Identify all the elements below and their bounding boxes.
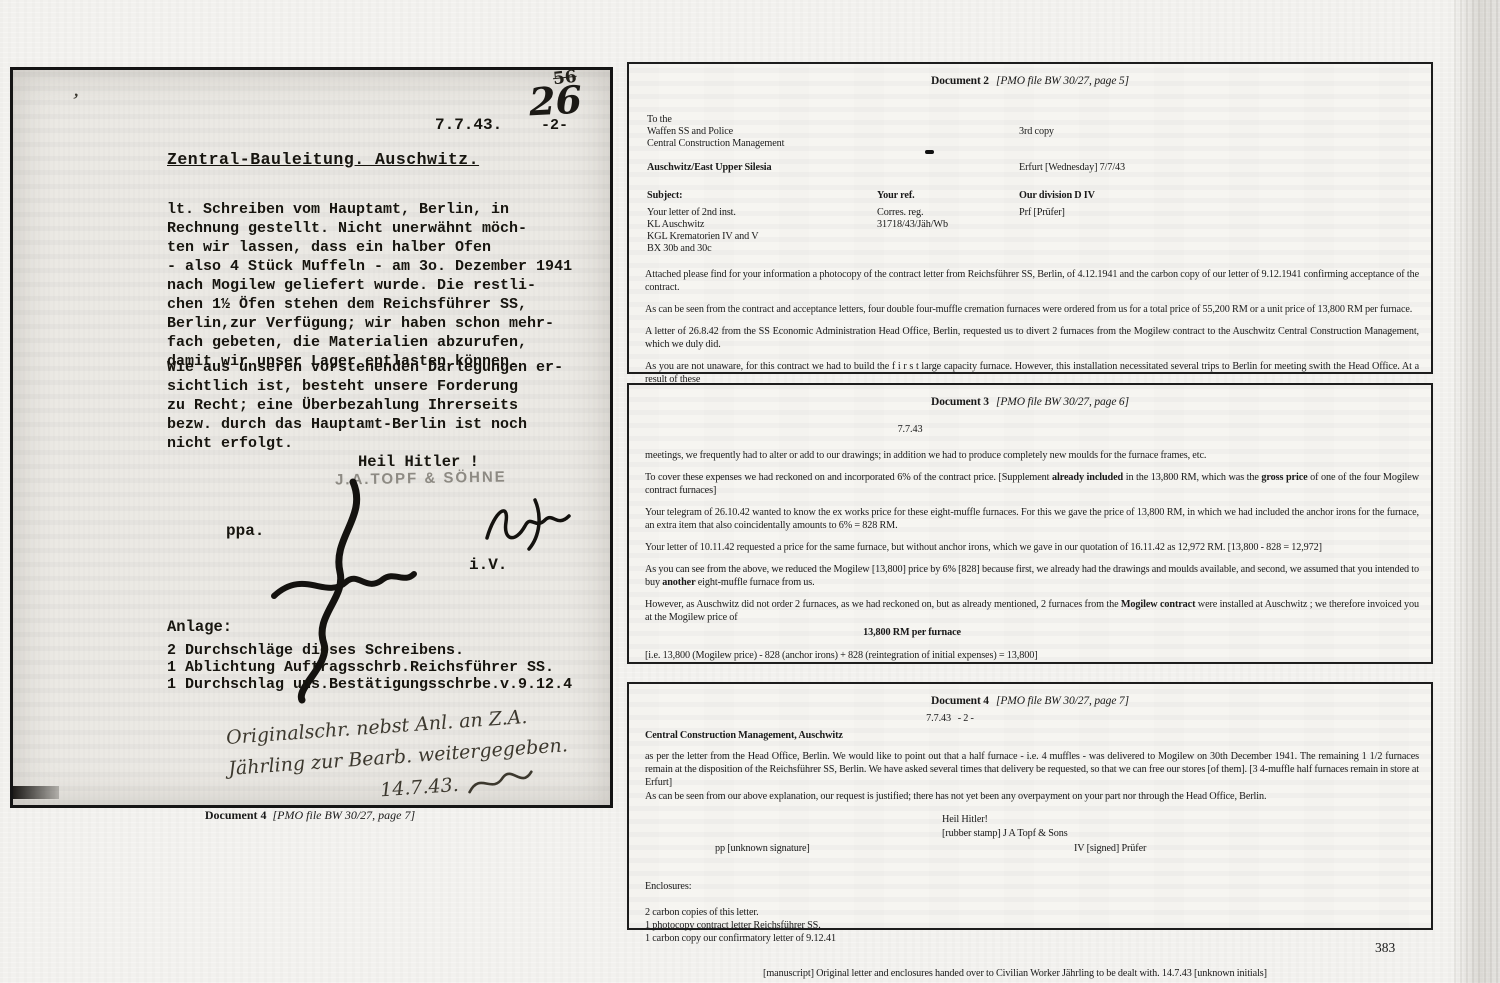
addr-line-3: Central Construction Management	[647, 137, 784, 150]
anlage-label: Anlage:	[167, 618, 232, 636]
typed-page-number: -2-	[541, 117, 568, 134]
doc4-enclosures: Enclosures: 2 carbon copies of this lett…	[645, 867, 1431, 958]
doc3-paragraph-6: However, as Auschwitz did not order 2 fu…	[645, 598, 1419, 624]
german-paragraph-2: Wie aus unseren vorstehenden Darlegungen…	[167, 358, 612, 453]
subject-label: Subject:	[647, 189, 682, 202]
photo-caption: Document 4[PMO file BW 30/27, page 7]	[10, 808, 610, 823]
book-page: ʼ 56 26 7.7.43. -2- Zentral-Bauleitung. …	[0, 0, 1500, 983]
doc4-signature-row: pp [unknown signature] IV [signed] Prüfe…	[629, 842, 1431, 858]
document-3-cite: [PMO file BW 30/27, page 6]	[996, 396, 1129, 408]
enclosures-list: 2 carbon copies of this letter. 1 photoc…	[645, 906, 1431, 945]
division-value: Prf [Prüfer]	[1019, 206, 1065, 219]
document-3-body: meetings, we frequently had to alter or …	[629, 449, 1431, 662]
doc3-price-line: 13,800 RM per furnace	[525, 626, 1299, 639]
manuscript-note: Originalschr. nebst Anl. an Z.A. Jährlin…	[225, 697, 601, 817]
document-4-cite: [PMO file BW 30/27, page 7]	[996, 695, 1129, 707]
doc4-salute-block: Heil Hitler! [rubber stamp] J A Topf & S…	[942, 813, 1431, 841]
doc2-paragraph-1: Attached please find for your informatio…	[645, 268, 1419, 294]
doc4-pp-line: pp [unknown signature]	[715, 842, 810, 855]
document-2-title: Document 2[PMO file BW 30/27, page 5]	[629, 64, 1431, 88]
doc3-date: 7.7.43	[509, 423, 1311, 436]
doc4-rubber-stamp-line: [rubber stamp] J A Topf & Sons	[942, 827, 1431, 841]
caption-label: Document 4	[205, 808, 267, 822]
doc3-paragraph-5: As you can see from the above, we reduce…	[645, 563, 1419, 589]
doc3-paragraph-2: To cover these expenses we had reckoned …	[645, 471, 1419, 497]
document-4-box: Document 4[PMO file BW 30/27, page 7] 7.…	[627, 682, 1433, 930]
doc3-paragraph-4: Your letter of 10.11.42 requested a pric…	[645, 541, 1419, 554]
page-number: 383	[1375, 940, 1395, 956]
doc3-paragraph-1: meetings, we frequently had to alter or …	[645, 449, 1419, 462]
letter-heading: Zentral-Bauleitung. Auschwitz.	[167, 150, 479, 169]
manuscript-initials-squiggle	[464, 764, 536, 799]
ppa-label: ppa.	[226, 522, 264, 540]
copy-number: 3rd copy	[1019, 125, 1054, 138]
doc4-heading: Central Construction Management, Auschwi…	[645, 729, 1431, 742]
document-2-cite: [PMO file BW 30/27, page 5]	[996, 75, 1129, 87]
doc3-paragraph-3: Your telegram of 26.10.42 wanted to know…	[645, 506, 1419, 532]
addr-bold-line: Auschwitz/East Upper Silesia	[647, 161, 772, 174]
doc4-heil-hitler: Heil Hitler!	[942, 813, 1431, 827]
stray-ink-mark: ʼ	[68, 87, 81, 114]
german-paragraph-1: lt. Schreiben vom Hauptamt, Berlin, in R…	[167, 200, 612, 371]
doc3-calc-line: [i.e. 13,800 (Mogilew price) - 828 (anch…	[645, 649, 1419, 662]
document-3-label: Document 3	[931, 396, 989, 408]
doc2-paragraph-3: A letter of 26.8.42 from the SS Economic…	[645, 325, 1419, 351]
your-ref-line-2: 31718/43/Jäh/Wb	[877, 218, 948, 231]
doc4-paragraph-2: As can be seen from our above explanatio…	[645, 790, 1419, 803]
typed-date: 7.7.43.	[435, 116, 502, 134]
document-3-box: Document 3[PMO file BW 30/27, page 6] 7.…	[627, 383, 1433, 664]
page-gutter-shadow	[1454, 0, 1500, 983]
place-date: Erfurt [Wednesday] 7/7/43	[1019, 161, 1125, 174]
document-2-body: Attached please find for your informatio…	[629, 268, 1431, 386]
document-2-box: Document 2[PMO file BW 30/27, page 5] To…	[627, 62, 1433, 374]
film-edge-smudge	[13, 786, 59, 799]
doc2-paragraph-2: As can be seen from the contract and acc…	[645, 303, 1419, 316]
document-4-title: Document 4[PMO file BW 30/27, page 7]	[629, 684, 1431, 708]
document-3-title: Document 3[PMO file BW 30/27, page 6]	[629, 385, 1431, 409]
document-4-body: as per the letter from the Head Office, …	[629, 750, 1431, 803]
document-2-label: Document 2	[931, 75, 989, 87]
facsimile-photo: ʼ 56 26 7.7.43. -2- Zentral-Bauleitung. …	[10, 67, 613, 808]
doc4-manuscript-line: [manuscript] Original letter and enclosu…	[614, 967, 1416, 980]
ink-dot	[925, 150, 934, 154]
division-label: Our division D IV	[1019, 189, 1095, 202]
caption-cite: [PMO file BW 30/27, page 7]	[273, 808, 416, 822]
doc4-date-line: 7.7.43 - 2 -	[549, 712, 1351, 725]
pruefer-signature	[479, 492, 579, 557]
your-ref-label: Your ref.	[877, 189, 915, 202]
doc4-paragraph-1: as per the letter from the Head Office, …	[645, 750, 1419, 789]
document-4-label: Document 4	[931, 695, 989, 707]
iv-label: i.V.	[469, 556, 507, 574]
anlage-list: 2 Durchschläge dieses Schreibens. 1 Abli…	[167, 642, 612, 693]
subject-line-4: BX 30b and 30c	[647, 242, 712, 255]
enclosures-label: Enclosures:	[645, 880, 1431, 893]
doc4-signed-line: IV [signed] Prüfer	[1074, 842, 1146, 855]
